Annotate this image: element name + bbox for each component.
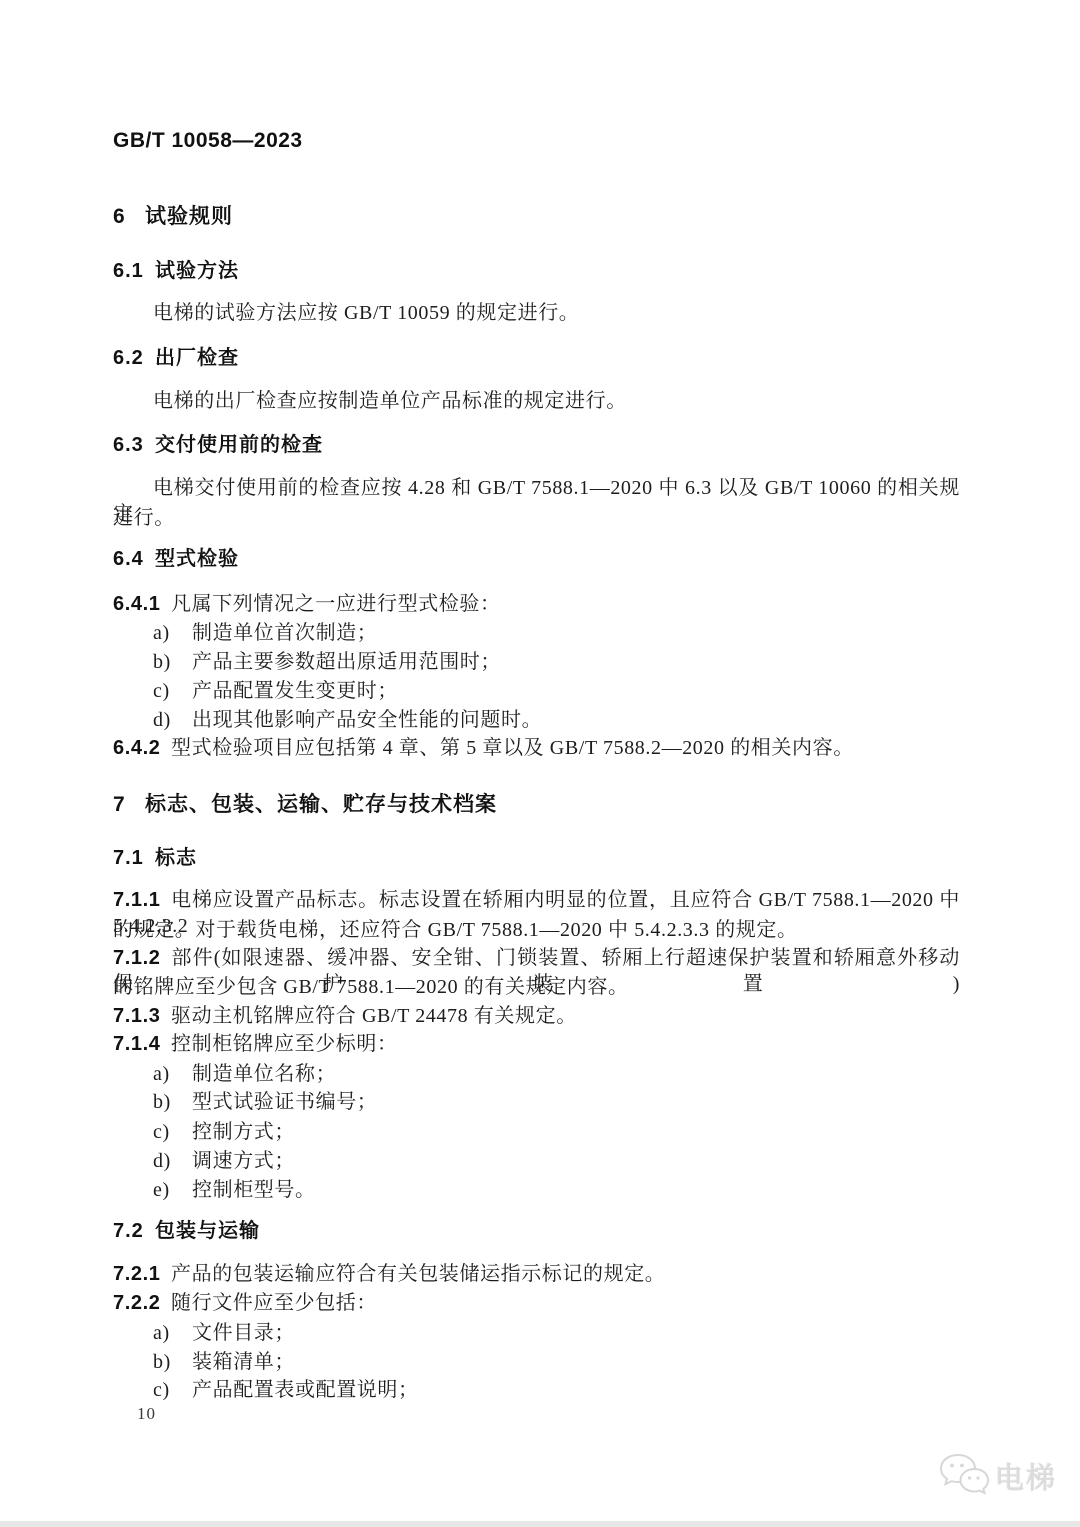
page-number: 10	[137, 1403, 156, 1425]
list-item: a)制造单位名称；	[153, 1061, 336, 1087]
subsection-heading-6-4: 6.4型式检验	[113, 546, 239, 572]
clause-number: 7.1.1	[113, 887, 171, 913]
section-heading-7: 7标志、包装、运输、贮存与技术档案	[113, 792, 497, 818]
subsection-title: 试验方法	[155, 260, 239, 282]
section-title: 试验规则	[145, 205, 233, 228]
subsection-number: 7.1	[113, 845, 155, 871]
paragraph: 电梯的出厂检查应按制造单位产品标准的规定进行。	[153, 388, 627, 414]
document-page: GB/T 10058—2023 6试验规则 6.1试验方法 电梯的试验方法应按 …	[0, 0, 1080, 1527]
subsection-number: 6.3	[113, 432, 155, 458]
clause-text: 产品的包装运输应符合有关包装储运指示标记的规定。	[171, 1263, 665, 1285]
list-letter: c)	[153, 1119, 192, 1145]
list-text: 调速方式；	[192, 1150, 295, 1172]
section-title: 标志、包装、运输、贮存与技术档案	[145, 793, 497, 816]
subsection-heading-7-2: 7.2包装与运输	[113, 1218, 260, 1244]
list-item: c)产品配置发生变更时；	[153, 678, 398, 704]
list-item: c)控制方式；	[153, 1119, 295, 1145]
list-letter: b)	[153, 1349, 192, 1375]
list-letter: a)	[153, 620, 192, 646]
clause-text: 型式检验项目应包括第 4 章、第 5 章以及 GB/T 7588.2—2020 …	[171, 737, 854, 759]
list-item: d)调速方式；	[153, 1148, 295, 1174]
clause-number: 7.2.1	[113, 1261, 171, 1287]
list-text: 出现其他影响产品安全性能的问题时。	[192, 709, 542, 731]
watermark-label: 电梯	[995, 1456, 1057, 1497]
clause-number: 7.1.3	[113, 1003, 171, 1029]
list-text: 产品主要参数超出原适用范围时；	[192, 651, 501, 673]
paragraph-continuation: 进行。	[113, 505, 175, 531]
list-item: b)型式试验证书编号；	[153, 1089, 377, 1115]
section-number: 7	[113, 792, 145, 818]
clause-7-2-2: 7.2.2随行文件应至少包括：	[113, 1290, 377, 1316]
subsection-number: 6.4	[113, 546, 155, 572]
section-heading-6: 6试验规则	[113, 204, 233, 230]
clause-text: 凡属下列情况之一应进行型式检验：	[171, 593, 501, 615]
clause-7-2-1: 7.2.1产品的包装运输应符合有关包装储运指示标记的规定。	[113, 1261, 665, 1287]
list-text: 产品配置发生变更时；	[192, 680, 398, 702]
clause-number: 6.4.2	[113, 735, 171, 761]
clause-text: 控制柜铭牌应至少标明：	[171, 1033, 398, 1055]
list-item: a)文件目录；	[153, 1320, 295, 1346]
clause-number: 6.4.1	[113, 591, 171, 617]
list-letter: d)	[153, 1148, 192, 1174]
subsection-title: 型式检验	[155, 548, 239, 570]
list-letter: c)	[153, 1377, 192, 1403]
list-item: d)出现其他影响产品安全性能的问题时。	[153, 707, 542, 733]
list-letter: d)	[153, 707, 192, 733]
list-letter: a)	[153, 1320, 192, 1346]
list-text: 制造单位名称；	[192, 1063, 336, 1085]
list-text: 控制方式；	[192, 1121, 295, 1143]
subsection-title: 交付使用前的检查	[155, 434, 323, 456]
clause-text: 驱动主机铭牌应符合 GB/T 24478 有关规定。	[171, 1005, 577, 1027]
clause-7-1-3: 7.1.3驱动主机铭牌应符合 GB/T 24478 有关规定。	[113, 1003, 577, 1029]
clause-number: 7.1.2	[113, 945, 171, 971]
subsection-heading-7-1: 7.1标志	[113, 845, 197, 871]
subsection-heading-6-1: 6.1试验方法	[113, 258, 239, 284]
list-letter: b)	[153, 1089, 192, 1115]
clause-number: 7.1.4	[113, 1031, 171, 1057]
clause-6-4-2: 6.4.2型式检验项目应包括第 4 章、第 5 章以及 GB/T 7588.2—…	[113, 735, 854, 761]
list-text: 控制柜型号。	[192, 1179, 316, 1201]
list-item: b)产品主要参数超出原适用范围时；	[153, 649, 501, 675]
watermark: 电梯	[938, 1448, 1068, 1500]
subsection-title: 标志	[155, 847, 197, 869]
list-text: 制造单位首次制造；	[192, 622, 377, 644]
list-letter: e)	[153, 1177, 192, 1203]
clause-continuation: 的规定。对于载货电梯，还应符合 GB/T 7588.1—2020 中 5.4.2…	[113, 917, 798, 943]
subsection-heading-6-3: 6.3交付使用前的检查	[113, 432, 323, 458]
doc-number-header: GB/T 10058—2023	[113, 128, 303, 154]
list-item: c)产品配置表或配置说明；	[153, 1377, 419, 1403]
bottom-gray-strip	[0, 1521, 1080, 1527]
subsection-number: 6.2	[113, 345, 155, 371]
subsection-number: 7.2	[113, 1218, 155, 1244]
list-text: 装箱清单；	[192, 1351, 295, 1373]
clause-6-4-1: 6.4.1凡属下列情况之一应进行型式检验：	[113, 591, 501, 617]
list-letter: c)	[153, 678, 192, 704]
wechat-chat-bubbles-icon	[938, 1452, 990, 1498]
clause-7-1-4: 7.1.4控制柜铭牌应至少标明：	[113, 1031, 398, 1057]
clause-text: 随行文件应至少包括：	[171, 1292, 377, 1314]
list-item: e)控制柜型号。	[153, 1177, 316, 1203]
list-letter: a)	[153, 1061, 192, 1087]
list-text: 型式试验证书编号；	[192, 1091, 377, 1113]
list-item: b)装箱清单；	[153, 1349, 295, 1375]
list-letter: b)	[153, 649, 192, 675]
list-text: 文件目录；	[192, 1322, 295, 1344]
section-number: 6	[113, 204, 145, 230]
subsection-heading-6-2: 6.2出厂检查	[113, 345, 239, 371]
list-text: 产品配置表或配置说明；	[192, 1379, 419, 1401]
paragraph: 电梯的试验方法应按 GB/T 10059 的规定进行。	[153, 300, 579, 326]
subsection-number: 6.1	[113, 258, 155, 284]
subsection-title: 出厂检查	[155, 347, 239, 369]
list-item: a)制造单位首次制造；	[153, 620, 377, 646]
clause-number: 7.2.2	[113, 1290, 171, 1316]
paragraph-line: 电梯交付使用前的检查应按 4.28 和 GB/T 7588.1—2020 中 6…	[113, 475, 960, 527]
clause-continuation: 的铭牌应至少包含 GB/T 7588.1—2020 的有关规定内容。	[113, 974, 629, 1000]
subsection-title: 包装与运输	[155, 1220, 260, 1242]
